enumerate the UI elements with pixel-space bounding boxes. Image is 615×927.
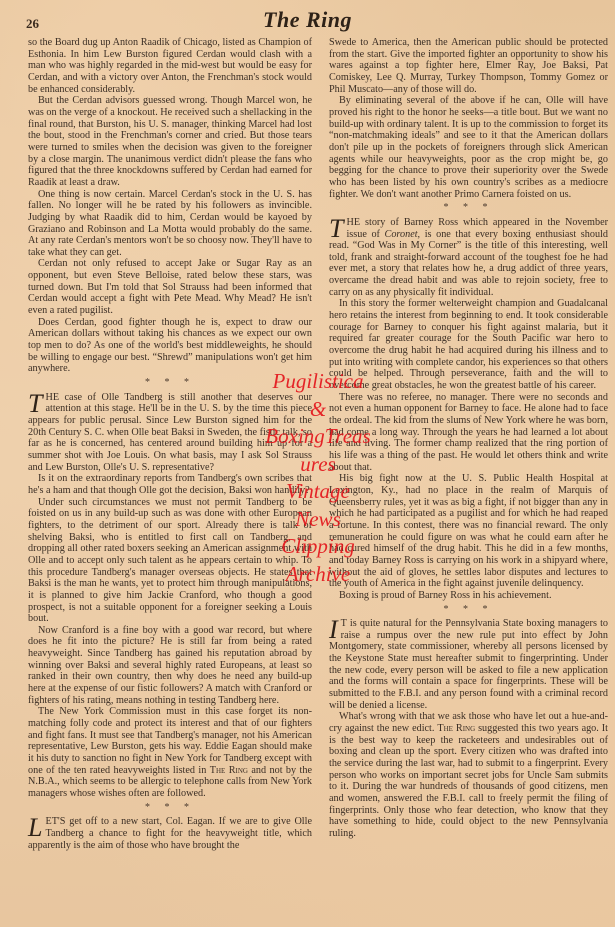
magazine-name: The Ring	[210, 765, 248, 776]
drop-cap: L	[28, 817, 42, 839]
watermark-line: Clipping	[243, 533, 393, 561]
drop-cap: T	[329, 218, 343, 240]
magazine-title: The Ring	[0, 7, 615, 33]
paragraph-text: suggested this two years ago. It is the …	[329, 723, 608, 839]
paragraph: Does Cerdan, good fighter though he is, …	[28, 317, 312, 375]
watermark-line: Archive	[243, 561, 393, 589]
drop-cap: T	[28, 393, 42, 415]
paragraph-text: ET'S get off to a new start, Col. Eagan.…	[28, 816, 312, 850]
paragraph: Swede to America, then the American publ…	[329, 37, 608, 95]
page-header: 26 The Ring	[0, 6, 615, 32]
section-separator: * * *	[329, 202, 608, 214]
paragraph: Cerdan not only refused to accept Jake o…	[28, 258, 312, 316]
drop-cap: I	[329, 619, 338, 641]
paragraph-pennsylvania: IT is quite natural for the Pennsylvania…	[329, 618, 608, 711]
watermark-line: News	[243, 506, 393, 534]
paragraph: But the Cerdan advisors guessed wrong. T…	[28, 95, 312, 188]
paragraph: What's wrong with that we ask those who …	[329, 711, 608, 839]
paragraph: By eliminating several of the above if h…	[329, 95, 608, 200]
watermark-line: Vintage	[243, 478, 393, 506]
paragraph: Boxing is proud of Barney Ross in his ac…	[329, 590, 608, 602]
watermark-line: ures	[243, 451, 393, 479]
section-separator: * * *	[329, 604, 608, 616]
paragraph: One thing is now certain. Marcel Cerdan'…	[28, 189, 312, 259]
paragraph-eagan: LET'S get off to a new start, Col. Eagan…	[28, 816, 312, 851]
watermark: Pugilistica & BoxingTreas ures Vintage N…	[243, 368, 393, 588]
paragraph: so the Board dug up Anton Raadik of Chic…	[28, 37, 312, 95]
paragraph: The New York Commission must in this cas…	[28, 706, 312, 799]
watermark-line: &	[243, 396, 393, 424]
magazine-page: 26 The Ring so the Board dug up Anton Ra…	[0, 0, 615, 927]
magazine-name: The Ring	[437, 723, 475, 734]
paragraph-text: T is quite natural for the Pennsylvania …	[329, 618, 608, 711]
watermark-line: BoxingTreas	[243, 423, 393, 451]
publication-name: Coronet,	[385, 229, 421, 240]
paragraph-barney-ross: THE story of Barney Ross which appeared …	[329, 217, 608, 299]
section-separator: * * *	[28, 802, 312, 814]
paragraph: Now Cranford is a fine boy with a good w…	[28, 625, 312, 707]
watermark-line: Pugilistica	[243, 368, 393, 396]
